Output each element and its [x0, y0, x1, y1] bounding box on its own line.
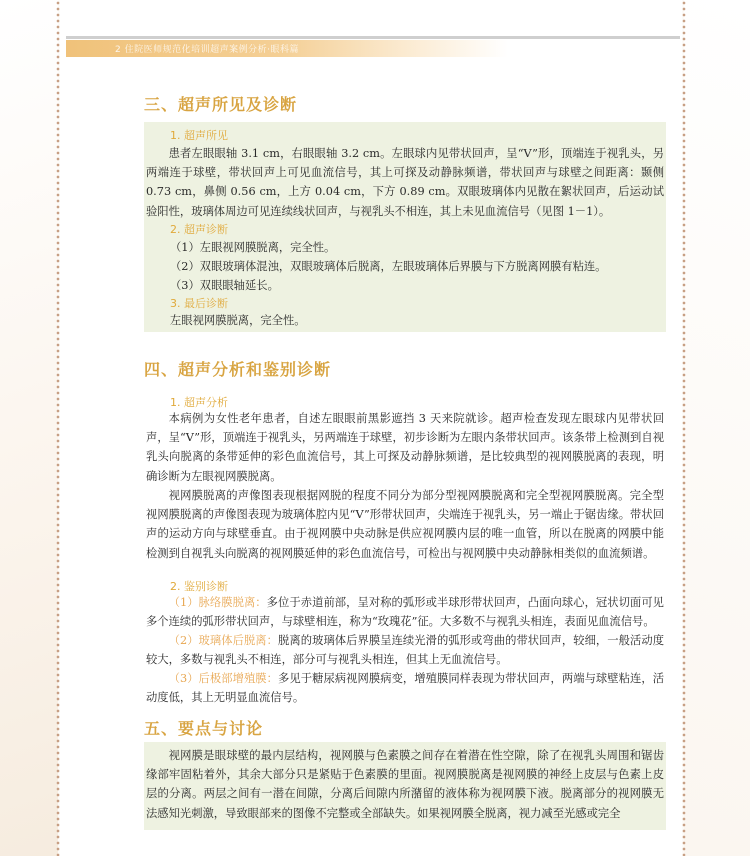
section-title-discussion: 五、要点与讨论: [144, 716, 263, 739]
section-title-analysis: 四、超声分析和鉴别诊断: [144, 357, 331, 380]
differential-label: （3）后极部增殖膜：: [169, 672, 278, 685]
diagnosis-item: （3）双眼眼轴延长。: [170, 276, 664, 295]
differential-label: （1）脉络膜脱离：: [169, 596, 267, 609]
final-diagnosis: 左眼视网膜脱离，完全性。: [170, 311, 664, 330]
differential-item: （1）脉络膜脱离：多位于赤道前部，呈对称的弧形或半球形带状回声，凸面向球心，冠状…: [146, 593, 664, 631]
page-margin-right: [684, 0, 750, 856]
diagnosis-item: （1）左眼视网膜脱离，完全性。: [170, 238, 664, 257]
diagnosis-item: （2）双眼玻璃体混浊，双眼玻璃体后脱离，左眼玻璃体后界膜与下方脱离网膜有粘连。: [170, 257, 664, 276]
differential-label: （2）玻璃体后脱离：: [169, 634, 278, 647]
differential-item: （2）玻璃体后脱离：脱离的玻璃体后界膜呈连续光滑的弧形或弯曲的带状回声，较细，一…: [146, 631, 664, 669]
subheading-findings: 1. 超声所见: [170, 127, 228, 143]
analysis-paragraph: 视网膜脱离的声像图表现根据网脱的程度不同分为部分型视网膜脱离和完全型视网膜脱离。…: [146, 486, 664, 563]
running-header-title: 2 住院医师规范化培训超声案例分析·眼科篇: [115, 42, 299, 55]
discussion-paragraph: 视网膜是眼球壁的最内层结构，视网膜与色素膜之间存在着潜在性空隙，除了在视乳头周围…: [146, 746, 664, 823]
dotted-border-left: [56, 0, 60, 856]
dotted-border-right: [682, 0, 686, 856]
subheading-analysis: 1. 超声分析: [170, 394, 228, 410]
subheading-differential: 2. 鉴别诊断: [170, 578, 228, 594]
section-title-findings: 三、超声所见及诊断: [144, 92, 297, 115]
page-margin-left: [0, 0, 58, 856]
differential-item: （3）后极部增殖膜：多见于糖尿病视网膜病变，增殖膜同样表现为带状回声，两端与球壁…: [146, 669, 664, 707]
header-rule: [66, 36, 680, 39]
findings-paragraph: 患者左眼眼轴 3.1 cm，右眼眼轴 3.2 cm。左眼球内见带状回声，呈“V”…: [146, 144, 664, 221]
subheading-diagnosis: 2. 超声诊断: [170, 221, 228, 237]
subheading-final-diagnosis: 3. 最后诊断: [170, 295, 228, 311]
analysis-paragraph: 本病例为女性老年患者，自述左眼眼前黑影遮挡 3 天来院就诊。超声检查发现左眼球内…: [146, 409, 664, 486]
